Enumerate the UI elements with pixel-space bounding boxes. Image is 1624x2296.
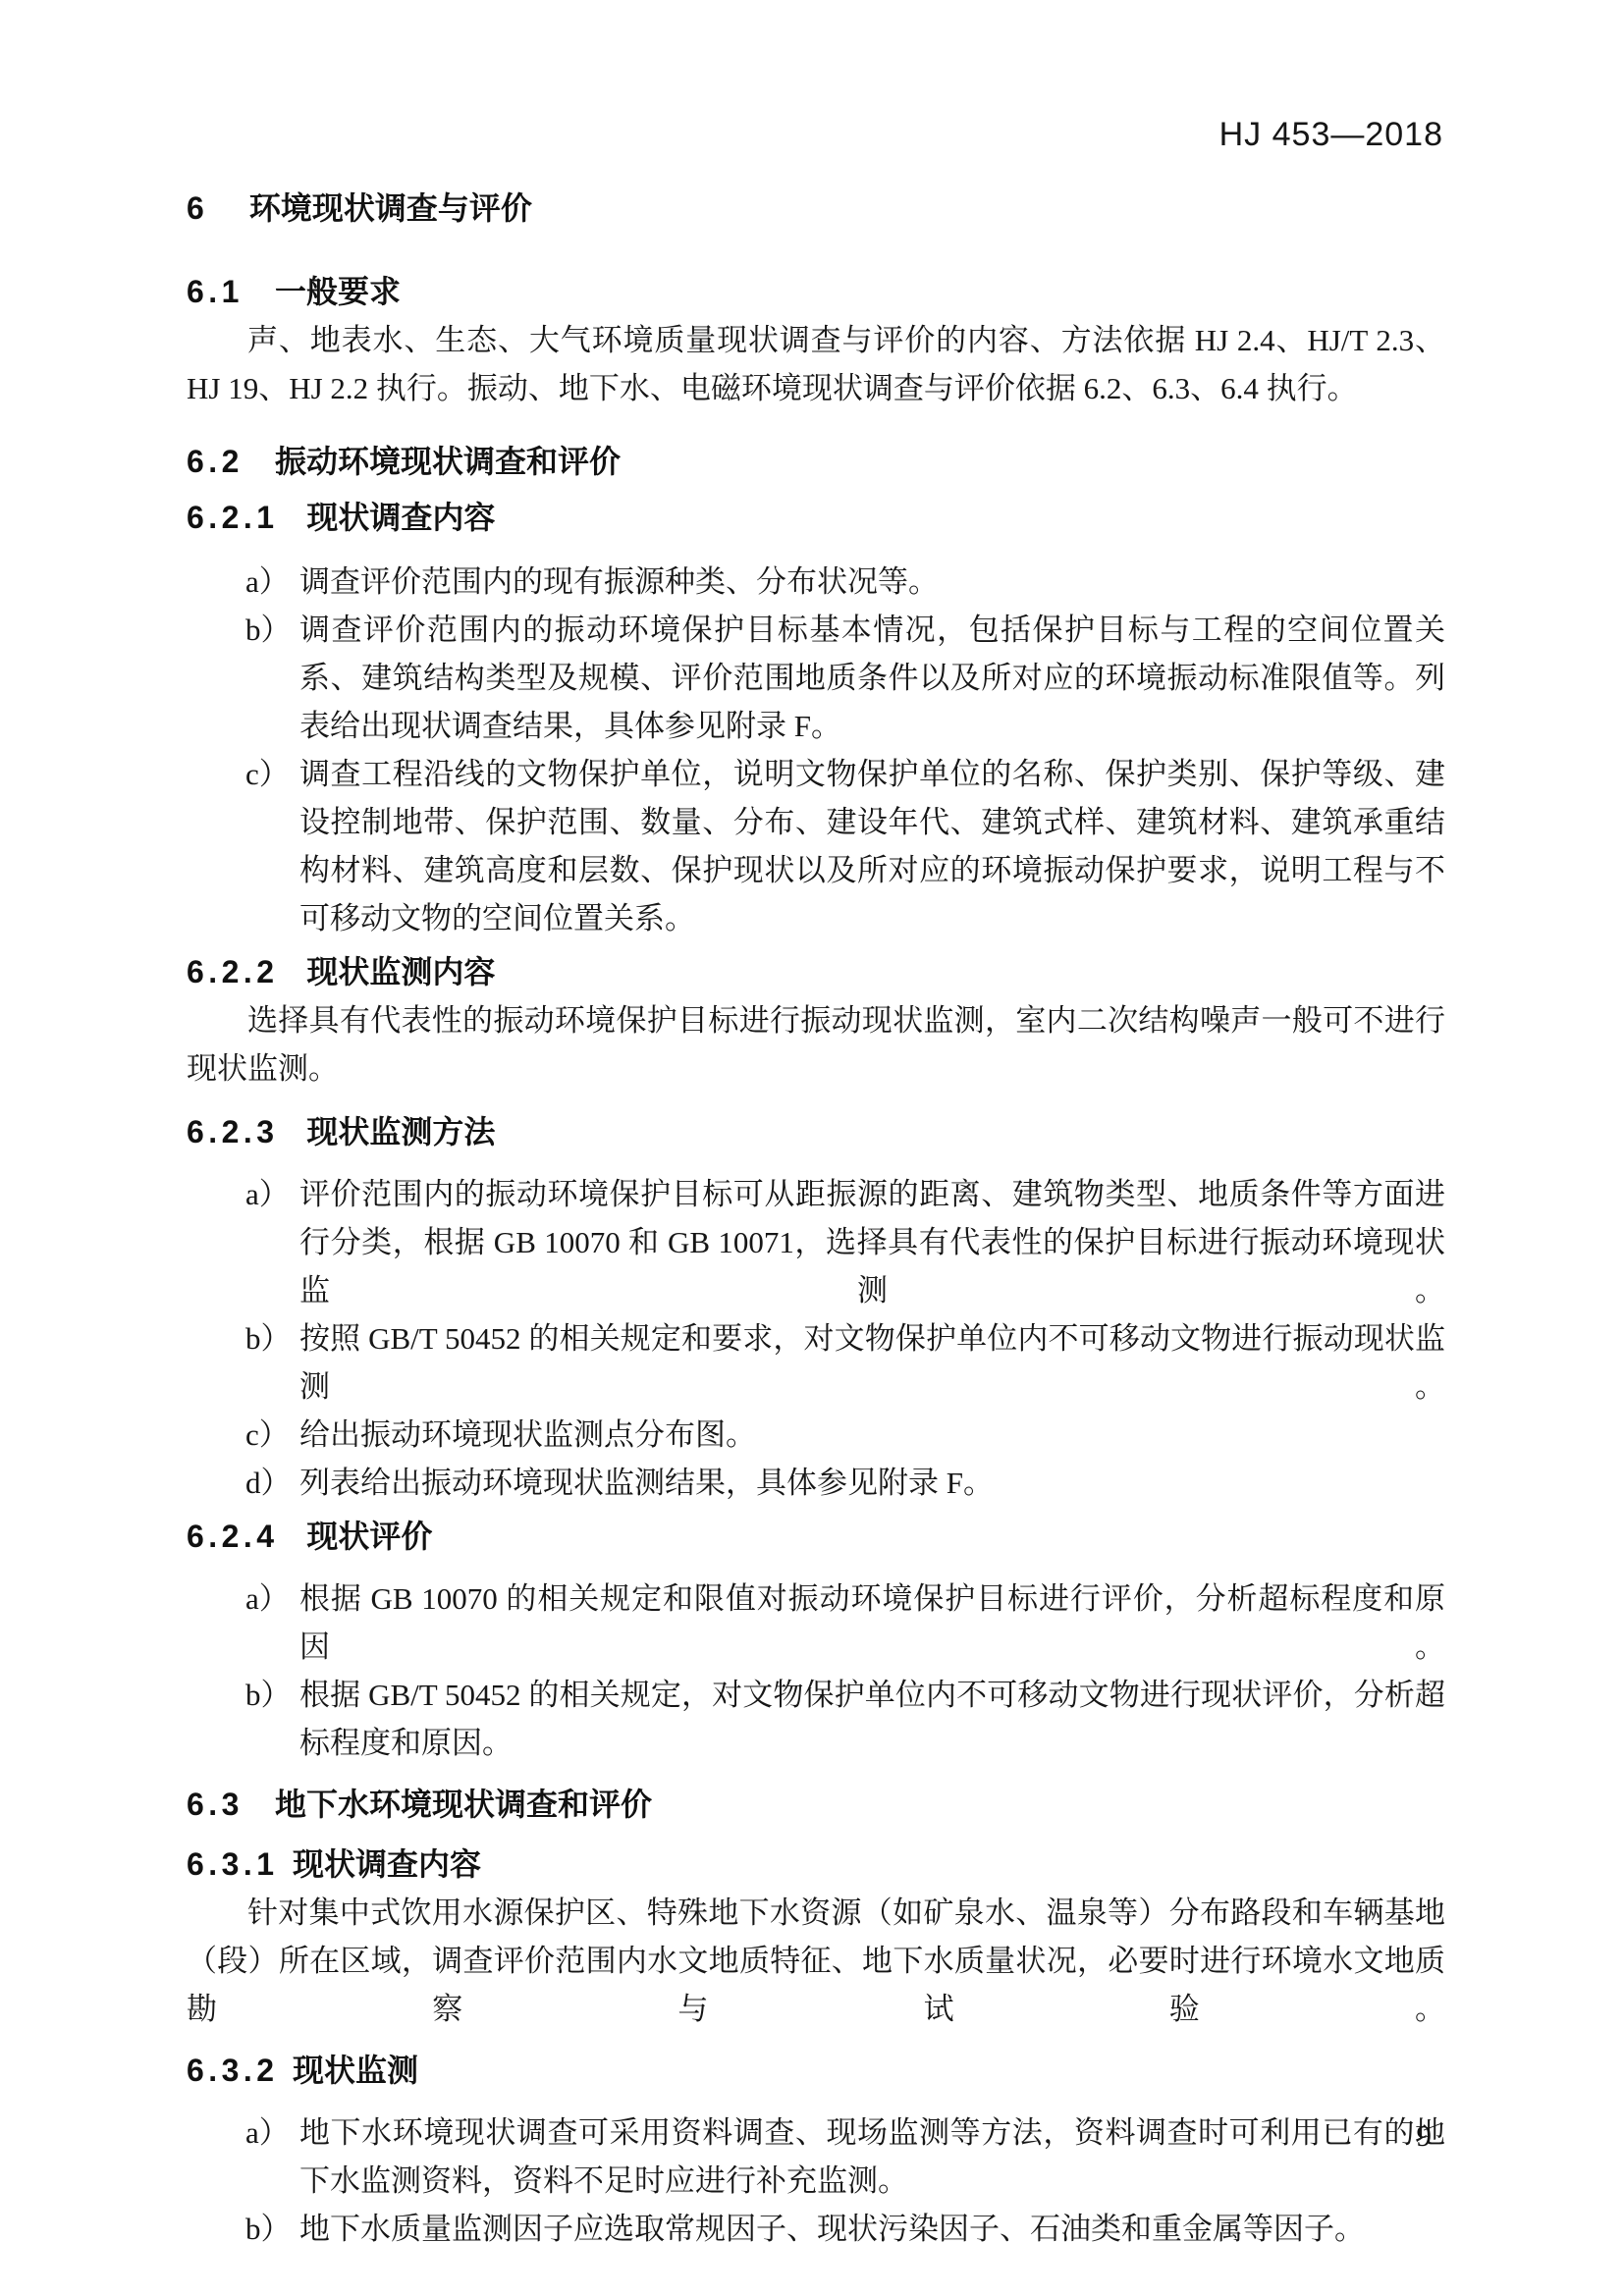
list-item-text: 给出振动环境现状监测点分布图。	[299, 1417, 756, 1452]
section-heading-6-2: 6.2振动环境现状调查和评价	[187, 438, 1445, 486]
list-item-text: 根据 GB/T 50452 的相关规定，对文物保护单位内不可移动文物进行现状评价…	[299, 1678, 1445, 1760]
list-6-3-2: a）地下水环境现状调查可采用资料调查、现场监测等方法，资料调查时可利用已有的地下…	[187, 2109, 1445, 2253]
section-number: 6.3	[187, 1787, 244, 1822]
section-title: 现状监测方法	[306, 1114, 495, 1149]
paragraph-6-3-1: 针对集中式饮用水源保护区、特殊地下水资源（如矿泉水、温泉等）分布路段和车辆基地（…	[187, 1889, 1445, 2033]
section-title: 现状监测	[293, 2053, 418, 2088]
section-title: 现状调查内容	[293, 1846, 481, 1882]
section-number: 6.2.1	[187, 500, 279, 535]
page-footer: 9	[1417, 2118, 1433, 2154]
list-item: a）评价范围内的振动环境保护目标可从距振源的距离、建筑物类型、地质条件等方面进行…	[187, 1170, 1445, 1314]
list-item-text: 调查评价范围内的现有振源种类、分布状况等。	[299, 564, 939, 599]
list-item-text: 列表给出振动环境现状监测结果，具体参见附录 F。	[299, 1466, 994, 1500]
section-heading-6-2-1: 6.2.1现状调查内容	[187, 494, 1445, 542]
list-marker: a）	[245, 558, 290, 606]
section-number: 6.2.4	[187, 1519, 279, 1554]
section-title: 一般要求	[275, 274, 401, 309]
section-title: 现状调查内容	[306, 500, 495, 535]
document-page: HJ 453—2018 6环境现状调查与评价 6.1一般要求 声、地表水、生态、…	[0, 0, 1624, 2296]
list-item-text: 地下水环境现状调查可采用资料调查、现场监测等方法，资料调查时可利用已有的地下水监…	[299, 2115, 1445, 2198]
page-header: HJ 453—2018	[187, 116, 1443, 154]
list-marker: c）	[245, 750, 290, 798]
section-number: 6	[187, 190, 208, 226]
section-heading-6-2-2: 6.2.2现状监测内容	[187, 948, 1445, 996]
section-heading-6-3: 6.3地下水环境现状调查和评价	[187, 1781, 1445, 1829]
list-6-2-4: a）根据 GB 10070 的相关规定和限值对振动环境保护目标进行评价，分析超标…	[187, 1575, 1445, 1767]
list-item: d）列表给出振动环境现状监测结果，具体参见附录 F。	[187, 1459, 1445, 1507]
list-marker: a）	[245, 1575, 290, 1623]
list-item: b）按照 GB/T 50452 的相关规定和要求，对文物保护单位内不可移动文物进…	[187, 1314, 1445, 1411]
list-item: a）调查评价范围内的现有振源种类、分布状况等。	[187, 558, 1445, 606]
section-title: 现状评价	[306, 1519, 432, 1554]
list-marker: b）	[245, 2205, 292, 2253]
list-marker: b）	[245, 606, 292, 654]
list-marker: b）	[245, 1314, 292, 1362]
list-item: b）根据 GB/T 50452 的相关规定，对文物保护单位内不可移动文物进行现状…	[187, 1671, 1445, 1767]
section-number: 6.3.2	[187, 2053, 279, 2088]
paragraph-6-1: 声、地表水、生态、大气环境质量现状调查与评价的内容、方法依据 HJ 2.4、HJ…	[187, 316, 1445, 412]
section-title: 地下水环境现状调查和评价	[275, 1787, 652, 1822]
list-item-text: 评价范围内的振动环境保护目标可从距振源的距离、建筑物类型、地质条件等方面进行分类…	[299, 1177, 1445, 1308]
section-title: 环境现状调查与评价	[249, 190, 532, 226]
section-heading-6-2-4: 6.2.4现状评价	[187, 1513, 1445, 1561]
list-item-text: 按照 GB/T 50452 的相关规定和要求，对文物保护单位内不可移动文物进行振…	[299, 1321, 1445, 1404]
section-number: 6.2	[187, 444, 244, 479]
list-item-text: 调查工程沿线的文物保护单位，说明文物保护单位的名称、保护类别、保护等级、建设控制…	[299, 757, 1445, 935]
section-heading-6-1: 6.1一般要求	[187, 268, 1445, 316]
list-item-text: 调查评价范围内的振动环境保护目标基本情况，包括保护目标与工程的空间位置关系、建筑…	[299, 613, 1445, 743]
section-title: 振动环境现状调查和评价	[275, 444, 621, 479]
document-body: 6环境现状调查与评价 6.1一般要求 声、地表水、生态、大气环境质量现状调查与评…	[187, 185, 1445, 2253]
list-item: a）根据 GB 10070 的相关规定和限值对振动环境保护目标进行评价，分析超标…	[187, 1575, 1445, 1671]
section-heading-6: 6环境现状调查与评价	[187, 185, 1445, 233]
section-number: 6.2.3	[187, 1114, 279, 1149]
list-6-2-3: a）评价范围内的振动环境保护目标可从距振源的距离、建筑物类型、地质条件等方面进行…	[187, 1170, 1445, 1507]
list-marker: a）	[245, 1170, 290, 1218]
list-item: b）地下水质量监测因子应选取常规因子、现状污染因子、石油类和重金属等因子。	[187, 2205, 1445, 2253]
list-marker: c）	[245, 1411, 290, 1459]
list-item: a）地下水环境现状调查可采用资料调查、现场监测等方法，资料调查时可利用已有的地下…	[187, 2109, 1445, 2205]
page-number: 9	[1417, 2118, 1433, 2153]
list-6-2-1: a）调查评价范围内的现有振源种类、分布状况等。 b）调查评价范围内的振动环境保护…	[187, 558, 1445, 942]
section-heading-6-3-2: 6.3.2现状监测	[187, 2047, 1445, 2095]
standard-number: HJ 453—2018	[1219, 116, 1443, 153]
list-marker: b）	[245, 1671, 292, 1719]
list-item: c）调查工程沿线的文物保护单位，说明文物保护单位的名称、保护类别、保护等级、建设…	[187, 750, 1445, 942]
section-title: 现状监测内容	[306, 954, 495, 989]
section-number: 6.2.2	[187, 954, 279, 989]
list-item: c）给出振动环境现状监测点分布图。	[187, 1411, 1445, 1459]
list-item: b）调查评价范围内的振动环境保护目标基本情况，包括保护目标与工程的空间位置关系、…	[187, 606, 1445, 750]
section-number: 6.1	[187, 274, 244, 309]
paragraph-6-2-2: 选择具有代表性的振动环境保护目标进行振动现状监测，室内二次结构噪声一般可不进行现…	[187, 996, 1445, 1093]
section-heading-6-3-1: 6.3.1现状调查内容	[187, 1841, 1445, 1889]
section-heading-6-2-3: 6.2.3现状监测方法	[187, 1108, 1445, 1156]
list-item-text: 地下水质量监测因子应选取常规因子、现状污染因子、石油类和重金属等因子。	[299, 2212, 1365, 2246]
list-marker: a）	[245, 2109, 290, 2157]
list-marker: d）	[245, 1459, 292, 1507]
list-item-text: 根据 GB 10070 的相关规定和限值对振动环境保护目标进行评价，分析超标程度…	[299, 1581, 1445, 1664]
section-number: 6.3.1	[187, 1846, 279, 1882]
